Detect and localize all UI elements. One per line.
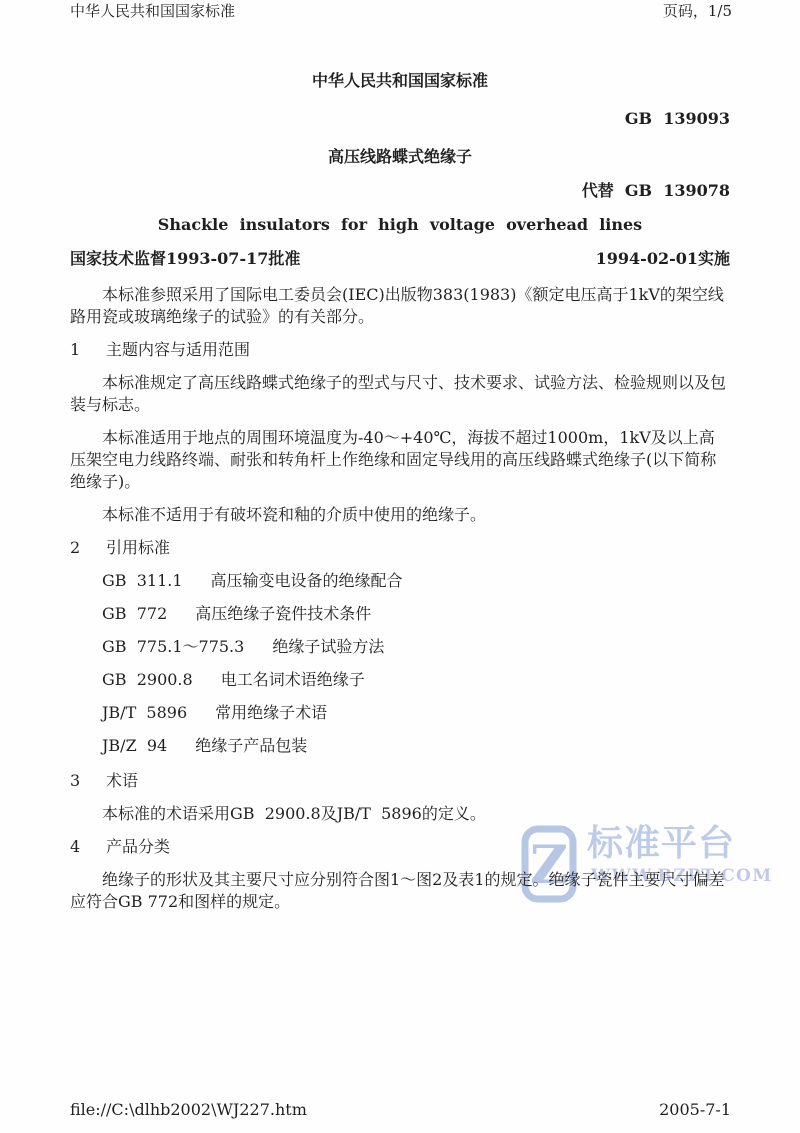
reference-list: GB 311.1高压输变电设备的绝缘配合 GB 772高压绝缘子瓷件技术条件 G…: [70, 570, 730, 757]
approval-date: 国家技术监督1993-07-17批准: [70, 248, 300, 270]
document-body: 中华人民共和国国家标准 GB 139093 高压线路蝶式绝缘子 代替 GB 13…: [0, 70, 800, 913]
reference-title: 绝缘子产品包装: [195, 736, 307, 755]
document-page: 中华人民共和国国家标准 页码，1/5 Z 标准平台 WWW.BZPT.COM 中…: [0, 0, 800, 1133]
reference-item: GB 311.1高压输变电设备的绝缘配合: [70, 570, 730, 592]
standard-code: GB 139093: [70, 108, 730, 130]
footer-print-date: 2005-7-1: [659, 1101, 731, 1119]
reference-title: 绝缘子试验方法: [272, 637, 384, 656]
approval-row: 国家技术监督1993-07-17批准 1994-02-01实施: [70, 248, 730, 270]
reference-code: GB 311.1: [102, 570, 183, 592]
section-1-title: 主题内容与适用范围: [106, 340, 250, 359]
section-1-paragraph-3: 本标准不适用于有破坏瓷和釉的介质中使用的绝缘子。: [70, 504, 730, 526]
section-1-paragraph-2: 本标准适用于地点的周围环境温度为-40～+40℃，海拔不超过1000m，1kV及…: [70, 427, 730, 493]
reference-code: GB 2900.8: [102, 669, 193, 691]
section-2-title: 引用标准: [106, 538, 170, 557]
intro-paragraph: 本标准参照采用了国际电工委员会(IEC)出版物383(1983)《额定电压高于1…: [70, 284, 730, 328]
section-1-paragraph-1: 本标准规定了高压线路蝶式绝缘子的型式与尺寸、技术要求、试验方法、检验规则以及包装…: [70, 372, 730, 416]
standard-title-english: Shackle insulators for high voltage over…: [70, 214, 730, 236]
page-footer: file://C:\dlhb2002\WJ227.htm 2005-7-1: [70, 1101, 731, 1119]
section-3-heading: 3术语: [70, 770, 730, 792]
reference-item: GB 772高压绝缘子瓷件技术条件: [70, 603, 730, 625]
section-2-number: 2: [70, 537, 106, 559]
section-3-paragraph-1: 本标准的术语采用GB 2900.8及JB/T 5896的定义。: [70, 803, 730, 825]
reference-title: 高压输变电设备的绝缘配合: [211, 571, 403, 590]
reference-title: 电工名词术语绝缘子: [221, 670, 365, 689]
section-1-heading: 1主题内容与适用范围: [70, 339, 730, 361]
section-3-number: 3: [70, 770, 106, 792]
section-4-paragraph-1: 绝缘子的形状及其主要尺寸应分别符合图1～图2及表1的规定。绝缘子瓷件主要尺寸偏差…: [70, 869, 730, 913]
footer-file-path: file://C:\dlhb2002\WJ227.htm: [70, 1101, 307, 1119]
section-2-heading: 2引用标准: [70, 537, 730, 559]
standard-title-chinese: 高压线路蝶式绝缘子: [70, 146, 730, 168]
standard-name-title: 中华人民共和国国家标准: [70, 70, 730, 92]
implementation-date: 1994-02-01实施: [596, 248, 730, 270]
section-4-title: 产品分类: [106, 837, 170, 856]
reference-code: JB/T 5896: [102, 702, 187, 724]
reference-title: 常用绝缘子术语: [215, 703, 327, 722]
reference-code: GB 772: [102, 603, 167, 625]
reference-item: GB 775.1～775.3绝缘子试验方法: [70, 636, 730, 658]
reference-title: 高压绝缘子瓷件技术条件: [195, 604, 371, 623]
reference-item: JB/Z 94绝缘子产品包装: [70, 735, 730, 757]
header-page-number: 页码，1/5: [663, 3, 732, 19]
reference-item: GB 2900.8电工名词术语绝缘子: [70, 669, 730, 691]
replaces-note: 代替 GB 139078: [70, 180, 730, 202]
reference-code: JB/Z 94: [102, 735, 167, 757]
reference-item: JB/T 5896常用绝缘子术语: [70, 702, 730, 724]
reference-code: GB 775.1～775.3: [102, 636, 244, 658]
section-1-number: 1: [70, 339, 106, 361]
section-3-title: 术语: [106, 771, 138, 790]
header-document-name: 中华人民共和国国家标准: [70, 3, 235, 19]
section-4-number: 4: [70, 836, 106, 858]
page-header: 中华人民共和国国家标准 页码，1/5: [70, 3, 732, 19]
section-4-heading: 4产品分类: [70, 836, 730, 858]
